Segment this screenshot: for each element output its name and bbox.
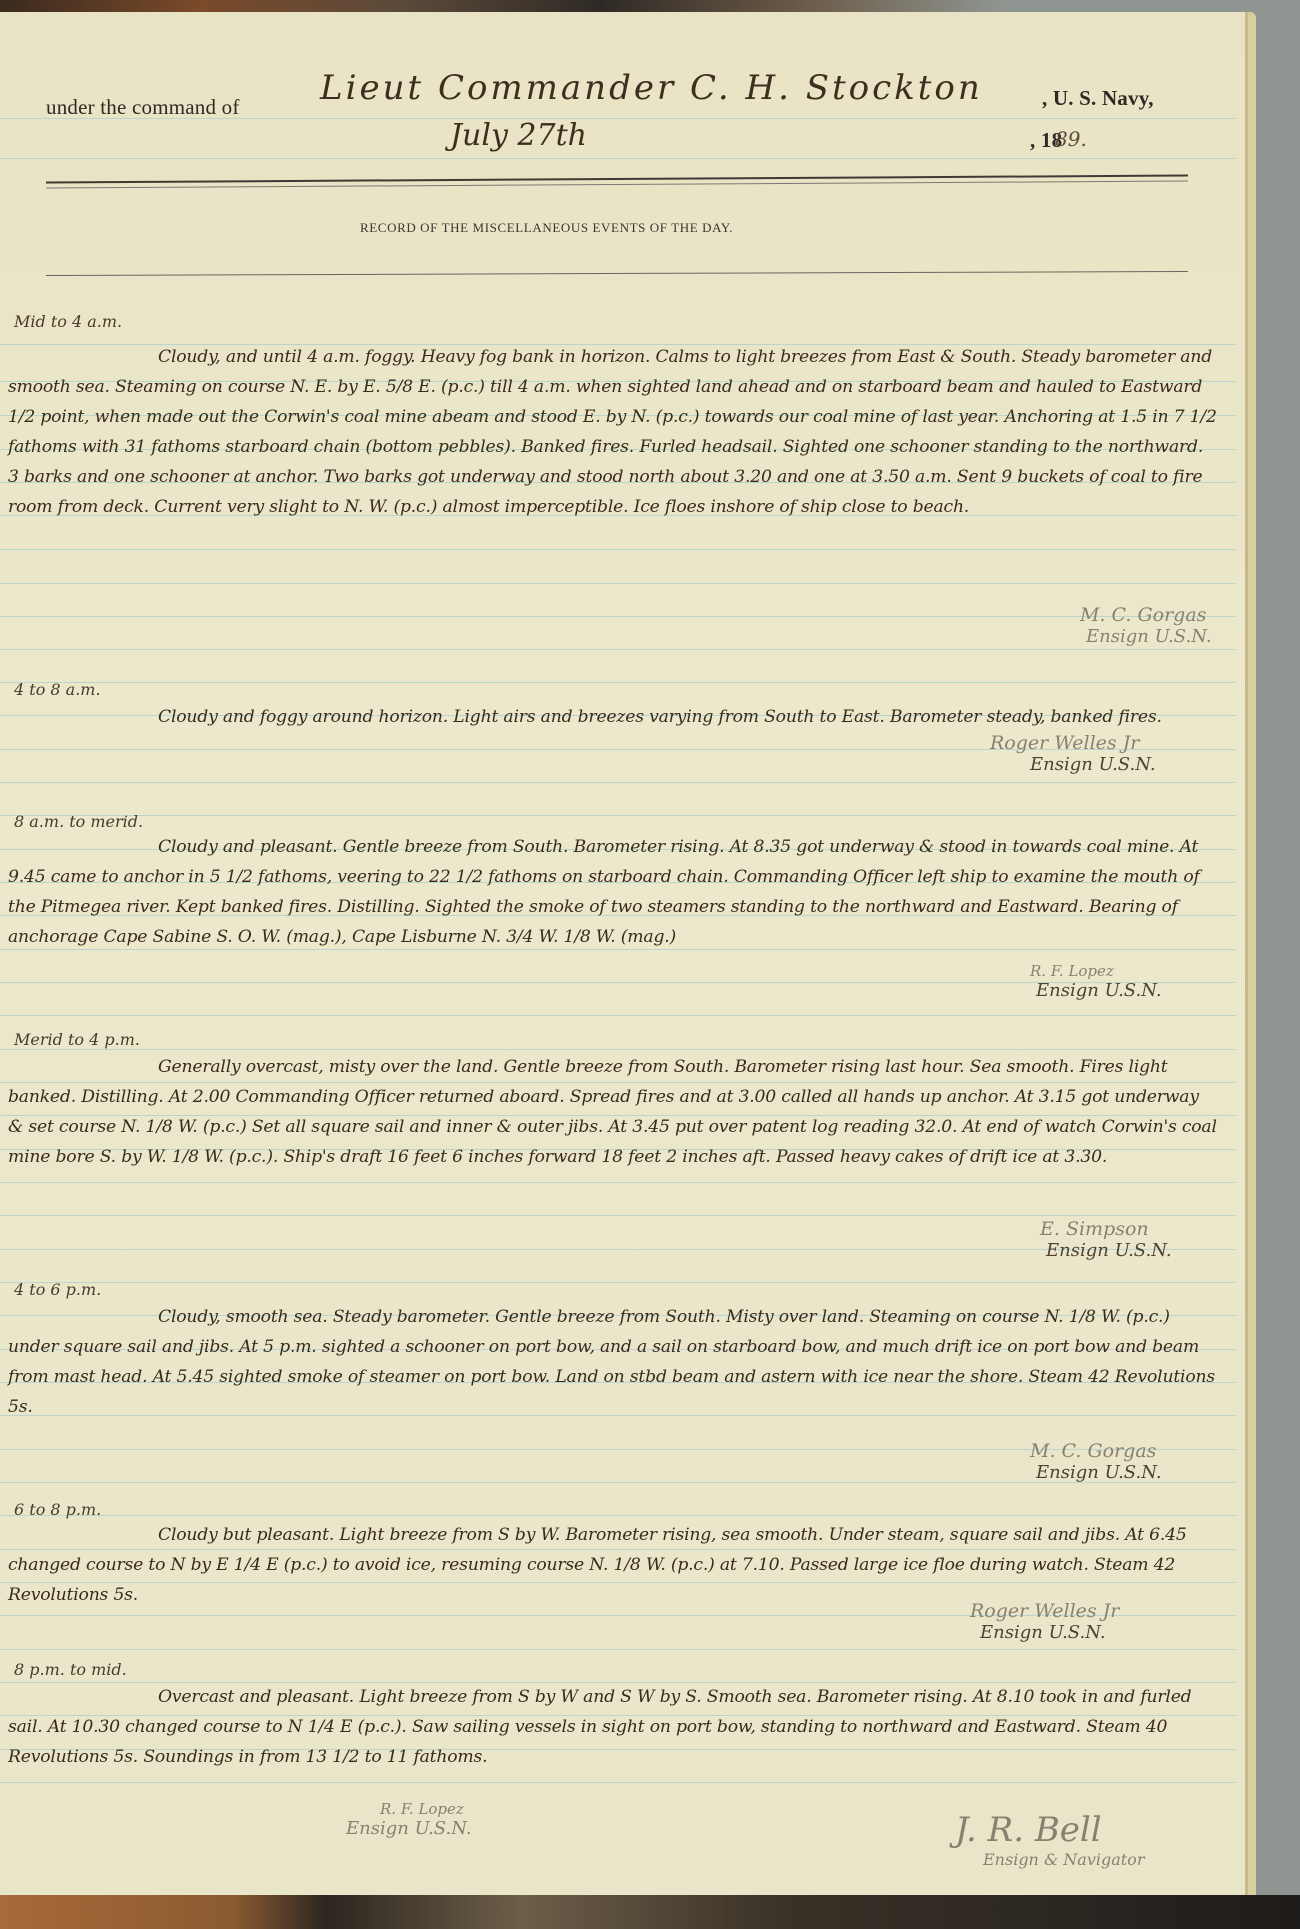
watch-entry-text: Cloudy and foggy around horizon. Light a… <box>8 702 1218 732</box>
ruled-line <box>0 815 1236 816</box>
watch-entry-text: Generally overcast, misty over the land.… <box>8 1052 1218 1172</box>
ruled-line <box>0 549 1236 550</box>
watch-entry-text: Cloudy and pleasant. Gentle breeze from … <box>8 832 1218 952</box>
officer-signature: Roger Welles Jr Ensign U.S.N. <box>970 1600 1119 1643</box>
watch-heading: Merid to 4 p.m. <box>14 1030 140 1049</box>
ruled-line <box>0 649 1236 650</box>
watch-entry-text: Cloudy, smooth sea. Steady barometer. Ge… <box>8 1302 1218 1422</box>
watch-heading: 8 p.m. to mid. <box>14 1660 127 1679</box>
officer-signature: R. F. Lopez Ensign U.S.N. <box>340 1800 472 1839</box>
ruled-line <box>0 1049 1236 1050</box>
ruled-line <box>0 782 1236 783</box>
ruled-line <box>0 1215 1236 1216</box>
watch-heading: Mid to 4 a.m. <box>14 312 122 331</box>
ruled-line <box>0 583 1236 584</box>
signature-rank: Ensign U.S.N. <box>1036 1462 1162 1483</box>
officer-signature: Roger Welles Jr Ensign U.S.N. <box>990 732 1156 775</box>
signature-rank: Ensign U.S.N. <box>1046 1240 1172 1261</box>
ruled-line <box>0 1182 1236 1183</box>
signature-name: R. F. Lopez <box>380 1800 472 1818</box>
commander-name: Lieut Commander C. H. Stockton <box>320 68 983 108</box>
signature-name: Roger Welles Jr <box>970 1600 1119 1622</box>
navigator-rank: Ensign & Navigator <box>983 1850 1144 1869</box>
watch-entry-text: Overcast and pleasant. Light breeze from… <box>8 1682 1218 1772</box>
officer-signature: M. C. Gorgas Ensign U.S.N. <box>1030 1440 1162 1483</box>
officer-signature: M. C. Gorgas Ensign U.S.N. <box>1080 604 1212 647</box>
signature-name: E. Simpson <box>1040 1218 1172 1240</box>
section-title: RECORD OF THE MISCELLANEOUS EVENTS OF TH… <box>360 220 733 236</box>
signature-rank: Ensign U.S.N. <box>1086 626 1212 647</box>
ruled-line <box>0 1015 1236 1016</box>
ruled-line <box>0 1649 1236 1650</box>
ruled-line <box>0 1515 1236 1516</box>
watch-entry-text: Cloudy, and until 4 a.m. foggy. Heavy fo… <box>8 342 1218 522</box>
year-suffix: 89. <box>1055 127 1087 151</box>
command-label: under the command of <box>46 95 240 120</box>
officer-signature: E. Simpson Ensign U.S.N. <box>1040 1218 1172 1261</box>
navigator-signature: J. R. Bell Ensign & Navigator <box>955 1810 1144 1869</box>
signature-name: M. C. Gorgas <box>1080 604 1212 626</box>
signature-name: R. F. Lopez <box>1030 962 1162 980</box>
signature-rank: Ensign U.S.N. <box>980 1622 1119 1643</box>
navigator-name: J. R. Bell <box>955 1810 1144 1850</box>
ruled-line <box>0 1282 1236 1283</box>
book-binding-bottom <box>0 1895 1300 1929</box>
signature-rank: Ensign U.S.N. <box>1036 980 1162 1001</box>
watch-heading: 6 to 8 p.m. <box>14 1500 101 1519</box>
signature-name: M. C. Gorgas <box>1030 1440 1162 1462</box>
navy-label: , U. S. Navy, <box>1042 86 1154 111</box>
ruled-line <box>0 158 1236 159</box>
watch-entry-text: Cloudy but pleasant. Light breeze from S… <box>8 1520 1218 1610</box>
ruled-line <box>0 682 1236 683</box>
watch-heading: 4 to 6 p.m. <box>14 1280 101 1299</box>
signature-rank: Ensign U.S.N. <box>346 1818 472 1839</box>
watch-heading: 8 a.m. to merid. <box>14 812 143 831</box>
ruled-line <box>0 616 1236 617</box>
officer-signature: R. F. Lopez Ensign U.S.N. <box>1030 962 1162 1001</box>
watch-heading: 4 to 8 a.m. <box>14 680 101 699</box>
ruled-line <box>0 1782 1236 1783</box>
signature-rank: Ensign U.S.N. <box>1030 754 1156 775</box>
signature-name: Roger Welles Jr <box>990 732 1156 754</box>
log-date: July 27th <box>450 118 587 153</box>
